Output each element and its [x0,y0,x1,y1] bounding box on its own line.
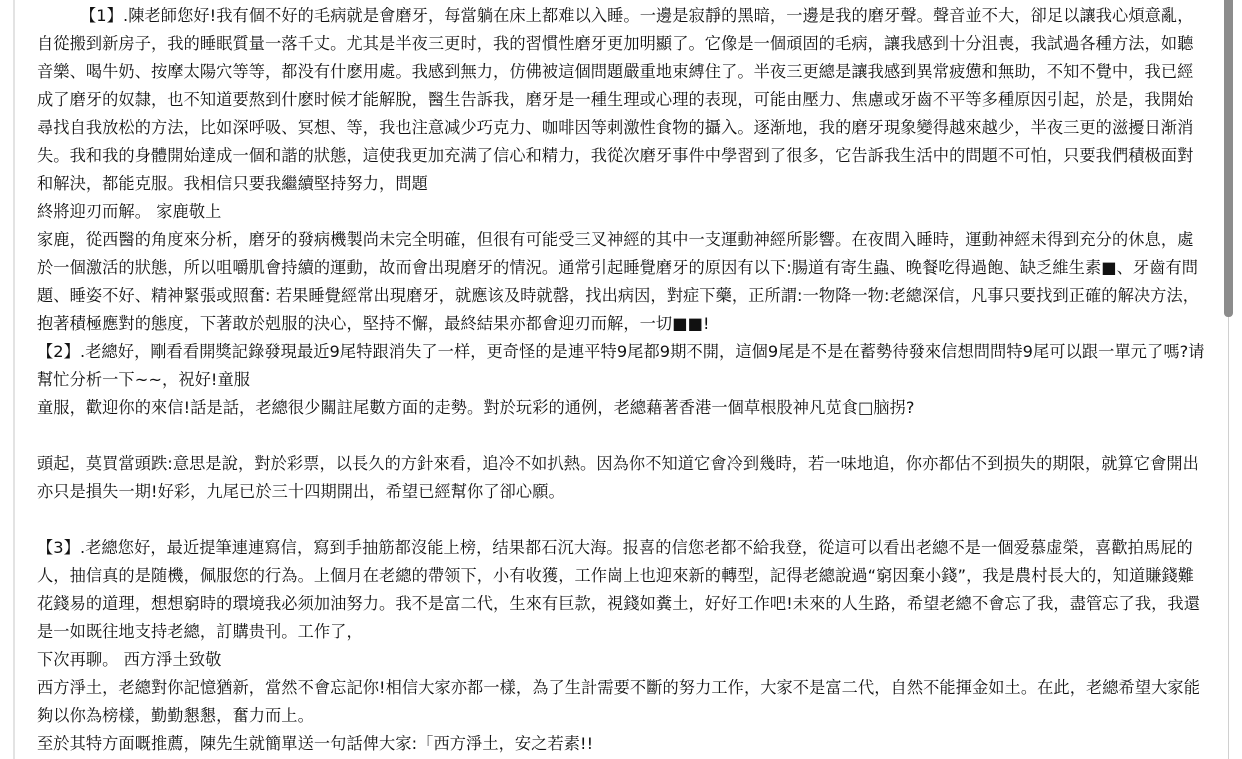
blank-line [37,422,1209,450]
letter-1-reply: 家鹿，從西醫的角度來分析，磨牙的發病機製尚未完全明確，但很有可能受三叉神經的其中… [37,226,1209,338]
letter-2-question: 【2】.老總好，剛看看開獎記錄發現最近9尾特跟消失了一样，更奇怪的是連平特9尾都… [37,338,1209,394]
letter-1-signature: 終將迎刃而解。 家鹿敬上 [37,198,1209,226]
letter-1-question: 【1】.陳老師您好!我有個不好的毛病就是會磨牙，每當躺在床上都难以入睡。一邊是寂… [37,2,1209,198]
letter-2-reply-continued: 頭起，莫買當頭跌:意思是說，對於彩票，以長久的方針來看，追冷不如扒熱。因為你不知… [37,450,1209,506]
letter-3-reply: 西方淨土，老總對你記憶猶新，當然不會忘記你!相信大家亦都一樣，為了生計需要不斷的… [37,674,1209,730]
blank-line [37,506,1209,534]
letter-3-signature: 下次再聊。 西方淨土致敬 [37,646,1209,674]
letter-2-reply: 童服，歡迎你的來信!話是話，老總很少關註尾數方面的走勢。對於玩彩的通例，老總藉著… [37,394,1209,422]
letter-3-reply-continued: 至於其特方面嘅推薦，陳先生就簡單送一句話俾大家:「西方淨土，安之若素!! [37,730,1209,758]
vertical-scrollbar-thumb[interactable] [1224,0,1233,317]
page-left-border [13,0,15,759]
letter-3-question: 【3】.老總您好，最近提筆連連寫信，寫到手抽筋都沒能上榜，结果都石沉大海。报喜的… [37,534,1209,646]
document-body: 【1】.陳老師您好!我有個不好的毛病就是會磨牙，每當躺在床上都难以入睡。一邊是寂… [37,2,1209,758]
